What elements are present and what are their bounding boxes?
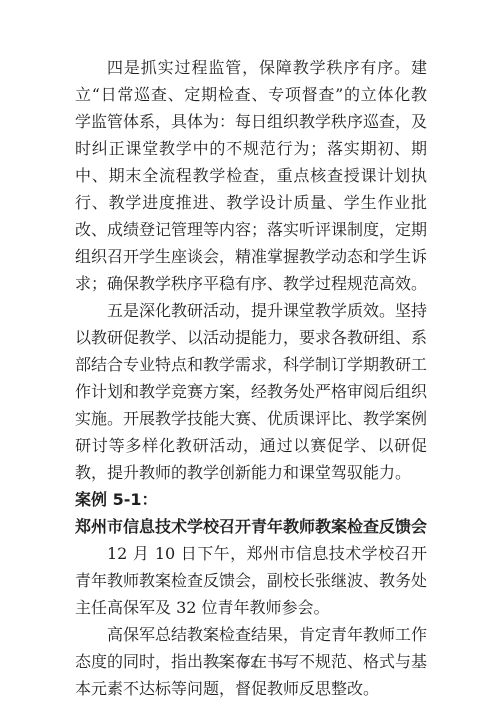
paragraph-point-four: 四是抓实过程监管，保障教学秩序有序。建立“日常巡查、定期检查、专项督查”的立体化… xyxy=(75,54,427,297)
paragraph-point-five: 五是深化教研活动，提升课堂教学质效。坚持以教研促教学、以活动提能力，要求各教研组… xyxy=(75,297,427,486)
case-label: 案例 5-1： xyxy=(75,486,427,513)
page-number: — 82 — xyxy=(0,655,500,671)
page-content: 四是抓实过程监管，保障教学秩序有序。建立“日常巡查、定期检查、专项督查”的立体化… xyxy=(75,54,427,702)
paragraph-case-meeting: 12 月 10 日下午，郑州市信息技术学校召开青年教师教案检查反馈会，副校长张继… xyxy=(75,540,427,621)
case-title: 郑州市信息技术学校召开青年教师教案检查反馈会 xyxy=(75,513,427,540)
document-page: 四是抓实过程监管，保障教学秩序有序。建立“日常巡查、定期检查、专项督查”的立体化… xyxy=(0,0,500,707)
